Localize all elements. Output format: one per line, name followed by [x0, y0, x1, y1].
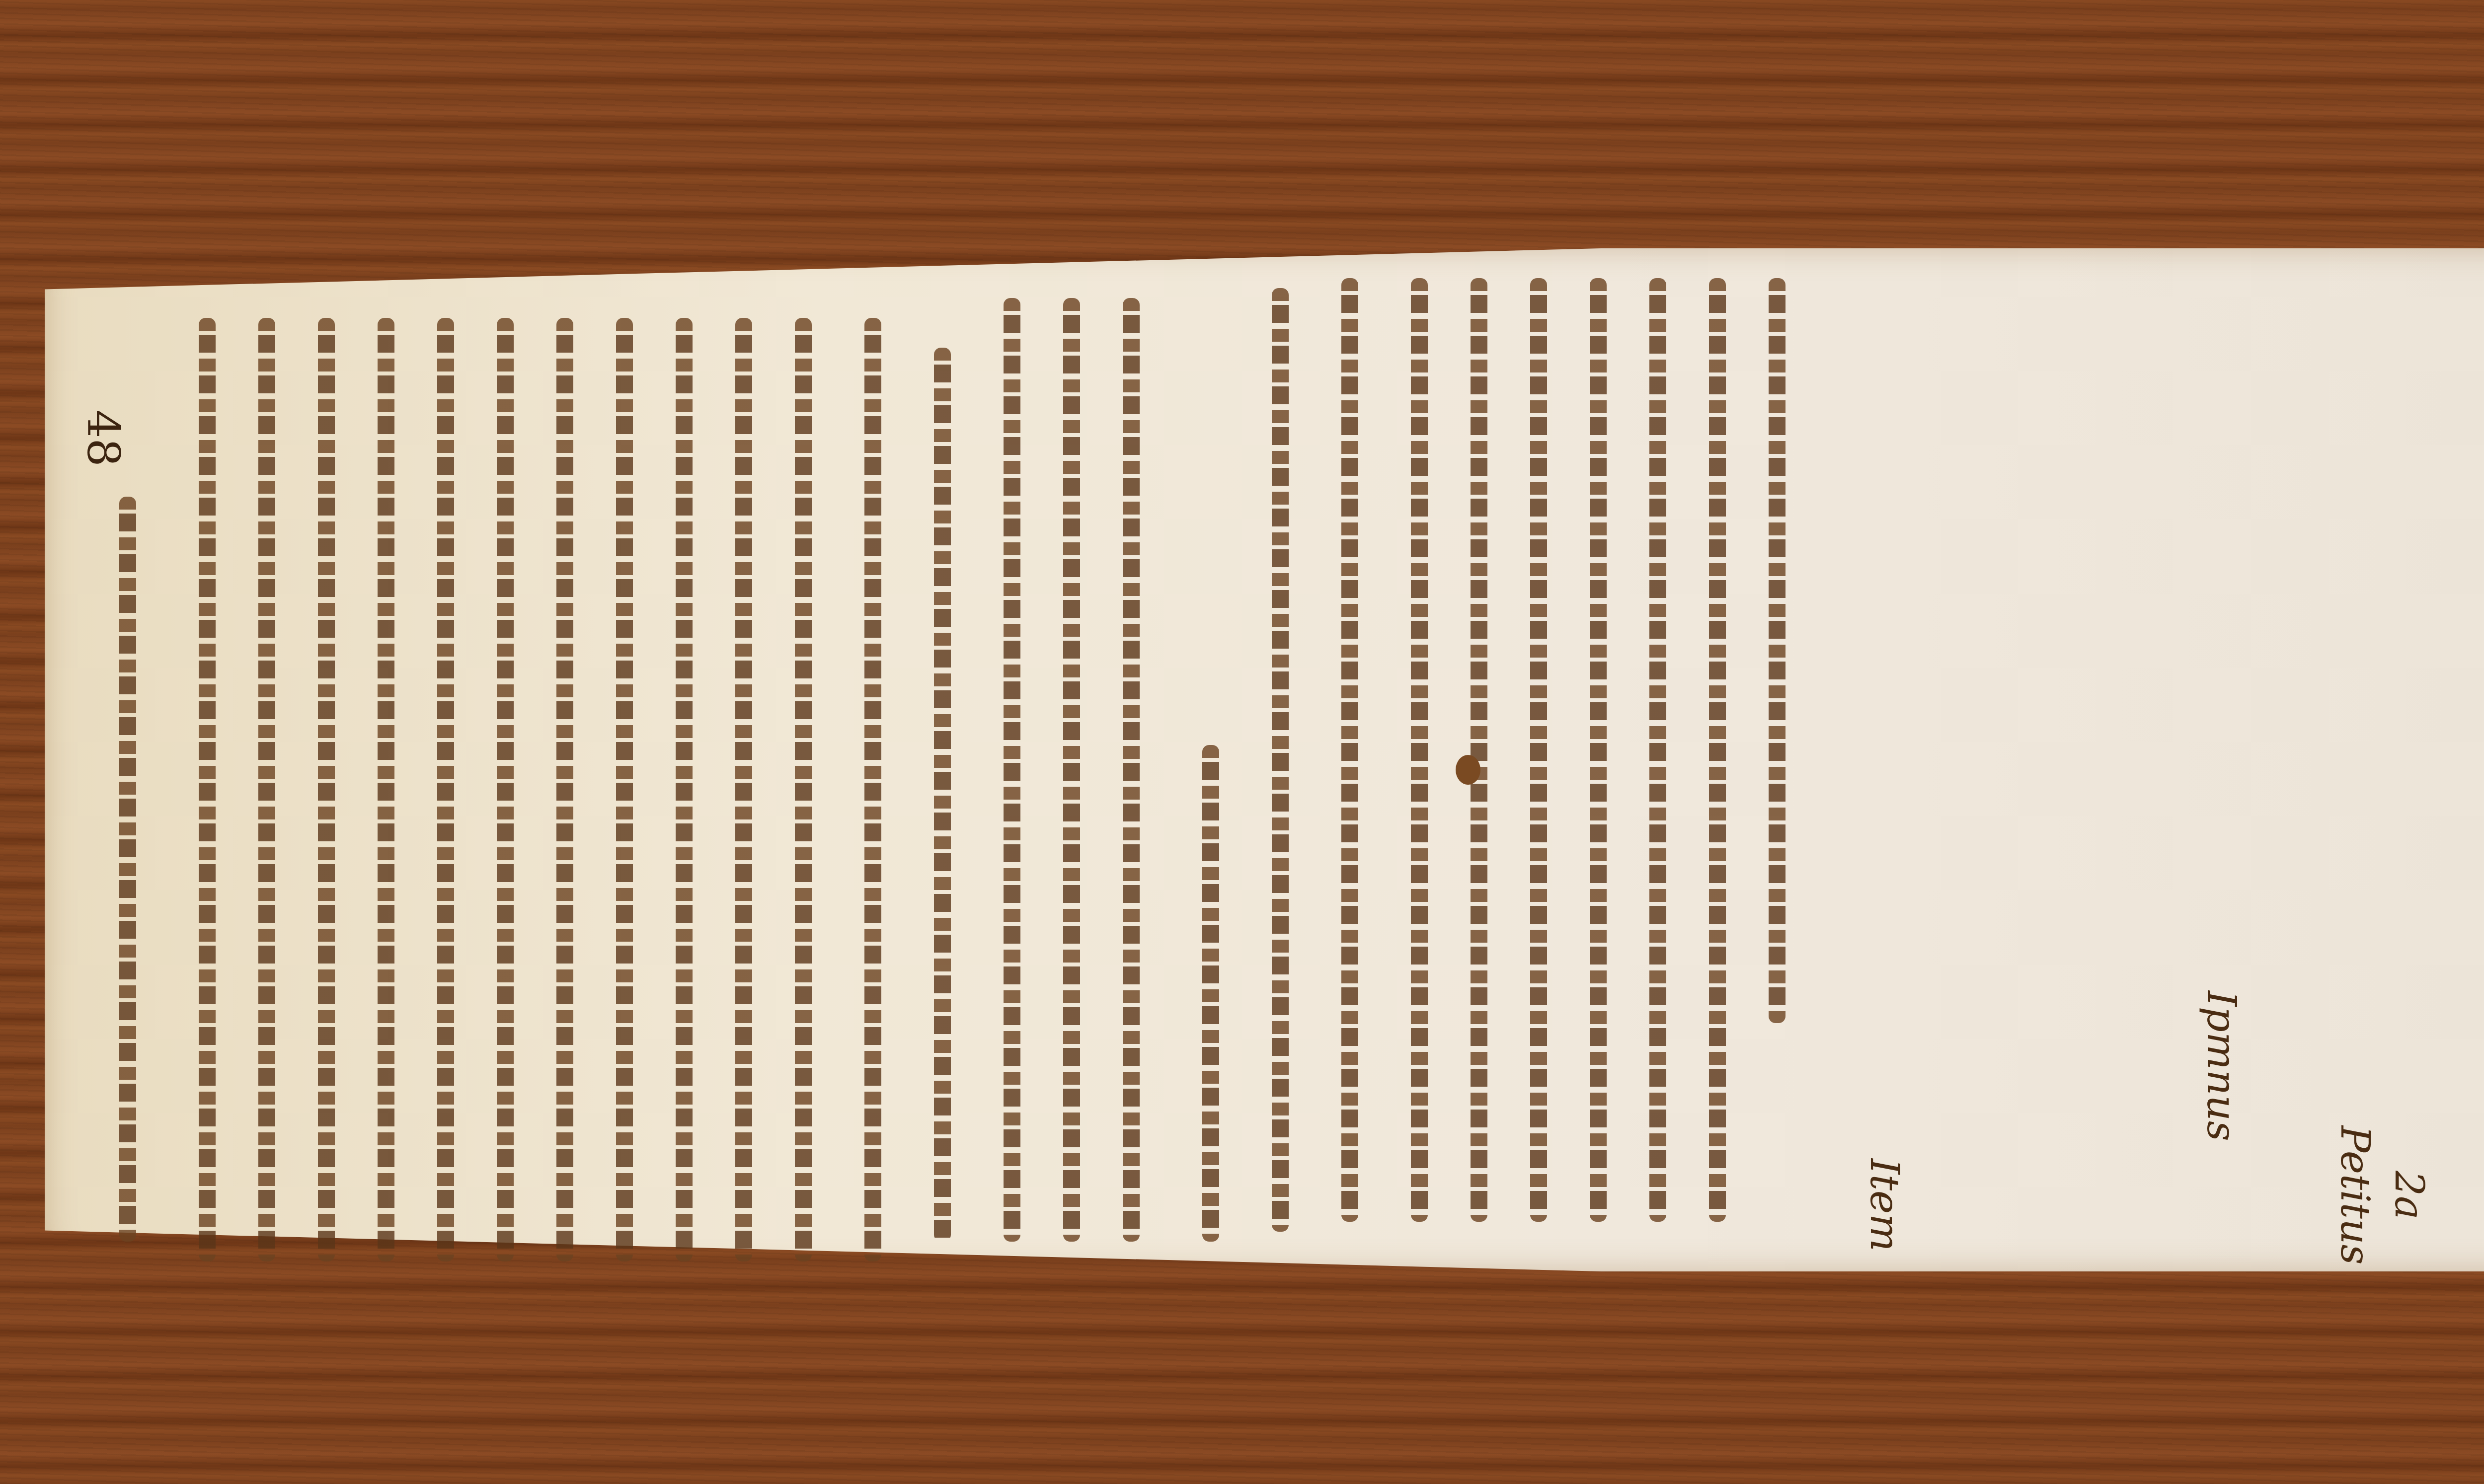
- item-mark: Item: [1862, 1159, 1908, 1252]
- margin-note-3: 2a: [2386, 1171, 2432, 1220]
- margin-note-2: Petitus: [2332, 1125, 2378, 1264]
- page-number: 48: [77, 410, 129, 467]
- manuscript-page: [45, 248, 2484, 1271]
- paper-hole: [1456, 755, 1480, 785]
- margin-note-1: Ipmnus: [2198, 991, 2245, 1141]
